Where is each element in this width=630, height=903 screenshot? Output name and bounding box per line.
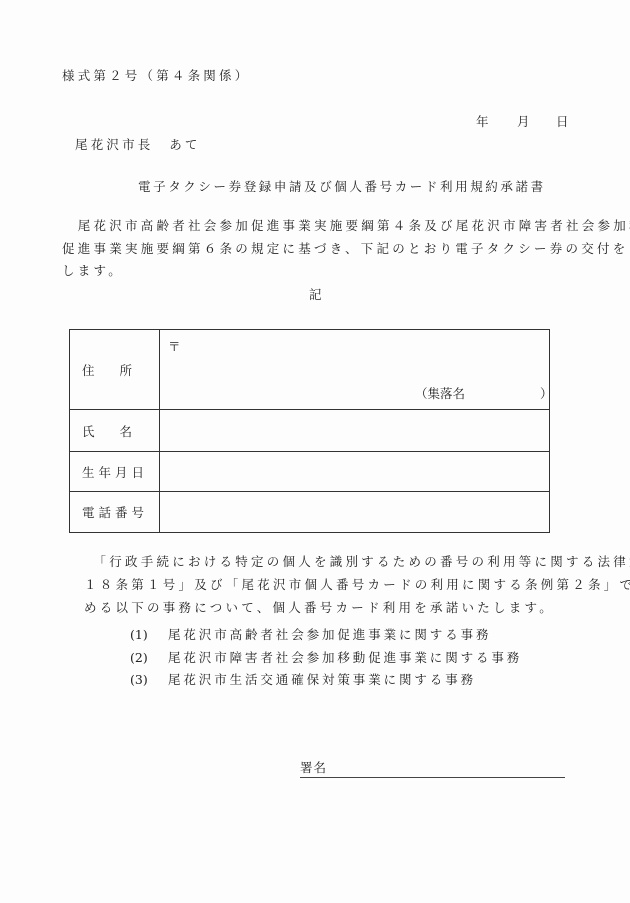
application-form-table: 住 所 〒 （集落名 ） 氏 名 生年月日 電話番号	[69, 329, 550, 533]
ki-heading: 記	[309, 285, 322, 303]
name-field[interactable]	[160, 410, 550, 452]
phone-field[interactable]	[160, 492, 550, 533]
date-day-label: 日	[556, 112, 569, 130]
consent-paragraph: 「行政手続における特定の個人を識別するための番号の利用等に関する法律第 １８条第…	[62, 550, 630, 619]
hamlet-name-close: ）	[540, 384, 553, 402]
date-year-label: 年	[476, 112, 489, 130]
address-row: 住 所 〒 （集落名 ）	[70, 330, 550, 410]
address-label: 住 所	[70, 330, 160, 410]
list-item: (2)尾花沢市障害者社会参加移動促進事業に関する事務	[130, 647, 522, 670]
affairs-list: (1)尾花沢市高齢者社会参加促進事業に関する事務 (2)尾花沢市障害者社会参加移…	[130, 624, 522, 692]
signature-label: 署名	[300, 760, 327, 775]
name-label: 氏 名	[70, 410, 160, 452]
intro-line: 促進事業実施要綱第６条の規定に基づき、下記のとおり電子タクシー券の交付を申請	[62, 238, 574, 261]
birthdate-field[interactable]	[160, 452, 550, 492]
phone-label: 電話番号	[70, 492, 160, 533]
intro-line: 尾花沢市高齢者社会参加促進事業実施要綱第４条及び尾花沢市障害者社会参加移動	[62, 215, 574, 238]
postal-mark: 〒	[168, 337, 181, 355]
item-text: 尾花沢市障害者社会参加移動促進事業に関する事務	[168, 650, 522, 665]
birthdate-row: 生年月日	[70, 452, 550, 492]
document-title: 電子タクシー券登録申請及び個人番号カード利用規約承諾書	[138, 177, 546, 195]
name-row: 氏 名	[70, 410, 550, 452]
phone-row: 電話番号	[70, 492, 550, 533]
form-number: 様式第２号（第４条関係）	[62, 66, 250, 84]
consent-line: １８条第１号」及び「尾花沢市個人番号カードの利用に関する条例第２条」で定	[62, 573, 630, 596]
address-field[interactable]: 〒 （集落名 ）	[160, 330, 550, 410]
item-number: (2)	[130, 647, 168, 670]
addressee: 尾花沢市長 あて	[75, 135, 201, 153]
consent-line: 「行政手続における特定の個人を識別するための番号の利用等に関する法律第	[62, 550, 630, 573]
list-item: (3)尾花沢市生活交通確保対策事業に関する事務	[130, 669, 522, 692]
birthdate-label: 生年月日	[70, 452, 160, 492]
item-text: 尾花沢市生活交通確保対策事業に関する事務	[168, 672, 476, 687]
item-number: (1)	[130, 624, 168, 647]
intro-paragraph: 尾花沢市高齢者社会参加促進事業実施要綱第４条及び尾花沢市障害者社会参加移動 促進…	[62, 215, 574, 283]
consent-line: める以下の事務について、個人番号カード利用を承諾いたします。	[62, 596, 630, 619]
list-item: (1)尾花沢市高齢者社会参加促進事業に関する事務	[130, 624, 522, 647]
item-text: 尾花沢市高齢者社会参加促進事業に関する事務	[168, 627, 491, 642]
intro-line: します。	[62, 260, 574, 283]
date-month-label: 月	[517, 112, 530, 130]
item-number: (3)	[130, 669, 168, 692]
signature-line[interactable]: 署名	[300, 758, 565, 778]
hamlet-name-label: （集落名	[415, 384, 465, 402]
